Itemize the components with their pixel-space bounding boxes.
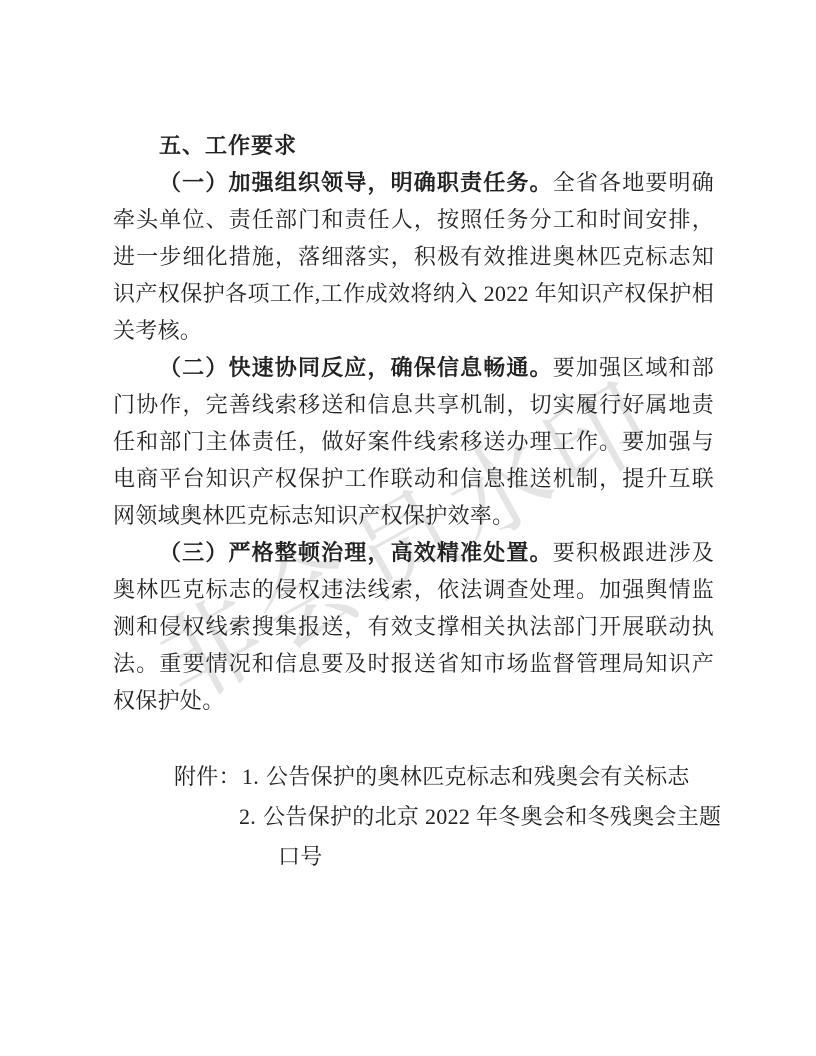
attachment-item-2-text-line-2: 口号 bbox=[278, 844, 323, 869]
paragraph-2: （二）快速协同反应，确保信息畅通。要加强区域和部门协作，完善线索移送和信息共享机… bbox=[113, 349, 714, 534]
attachment-label: 附件： bbox=[174, 764, 241, 789]
paragraph-2-body: 要加强区域和部门协作，完善线索移送和信息共享机制，切实履行好属地责任和部门主体责… bbox=[113, 355, 714, 528]
attachment-item-1-number: 1. bbox=[242, 764, 259, 789]
attachment-item-1-text: 公告保护的奥林匹克标志和残奥会有关标志 bbox=[266, 764, 690, 789]
document-page: 非会员水印 五、工作要求 （一）加强组织领导，明确职责任务。全省各地要明确牵头单… bbox=[0, 0, 816, 1056]
document-body: 五、工作要求 （一）加强组织领导，明确职责任务。全省各地要明确牵头单位、责任部门… bbox=[113, 127, 714, 877]
attachment-block: 附件：1.公告保护的奥林匹克标志和残奥会有关标志 2.公告保护的北京 2022 … bbox=[113, 757, 714, 877]
attachment-item-2-text-line-1: 公告保护的北京 2022 年冬奥会和冬残奥会主题 bbox=[263, 804, 721, 829]
attachment-item-2-continuation: 口号 bbox=[174, 837, 714, 877]
paragraph-3-body: 要积极跟进涉及奥林匹克标志的侵权违法线索，依法调查处理。加强舆情监测和侵权线索搜… bbox=[113, 540, 714, 713]
attachment-item-2-number: 2. bbox=[239, 804, 256, 829]
attachment-item-2: 2.公告保护的北京 2022 年冬奥会和冬残奥会主题 bbox=[174, 797, 714, 837]
paragraph-1-lead: （一）加强组织领导，明确职责任务。 bbox=[159, 170, 553, 195]
paragraph-3: （三）严格整顿治理，高效精准处置。要积极跟进涉及奥林匹克标志的侵权违法线索，依法… bbox=[113, 534, 714, 719]
paragraph-3-lead: （三）严格整顿治理，高效精准处置。 bbox=[159, 540, 553, 565]
paragraph-1: （一）加强组织领导，明确职责任务。全省各地要明确牵头单位、责任部门和责任人，按照… bbox=[113, 164, 714, 349]
section-heading: 五、工作要求 bbox=[113, 127, 714, 164]
attachment-item-1: 附件：1.公告保护的奥林匹克标志和残奥会有关标志 bbox=[174, 757, 714, 797]
paragraph-1-body: 全省各地要明确牵头单位、责任部门和责任人，按照任务分工和时间安排，进一步细化措施… bbox=[113, 170, 714, 343]
paragraph-2-lead: （二）快速协同反应，确保信息畅通。 bbox=[159, 355, 553, 380]
